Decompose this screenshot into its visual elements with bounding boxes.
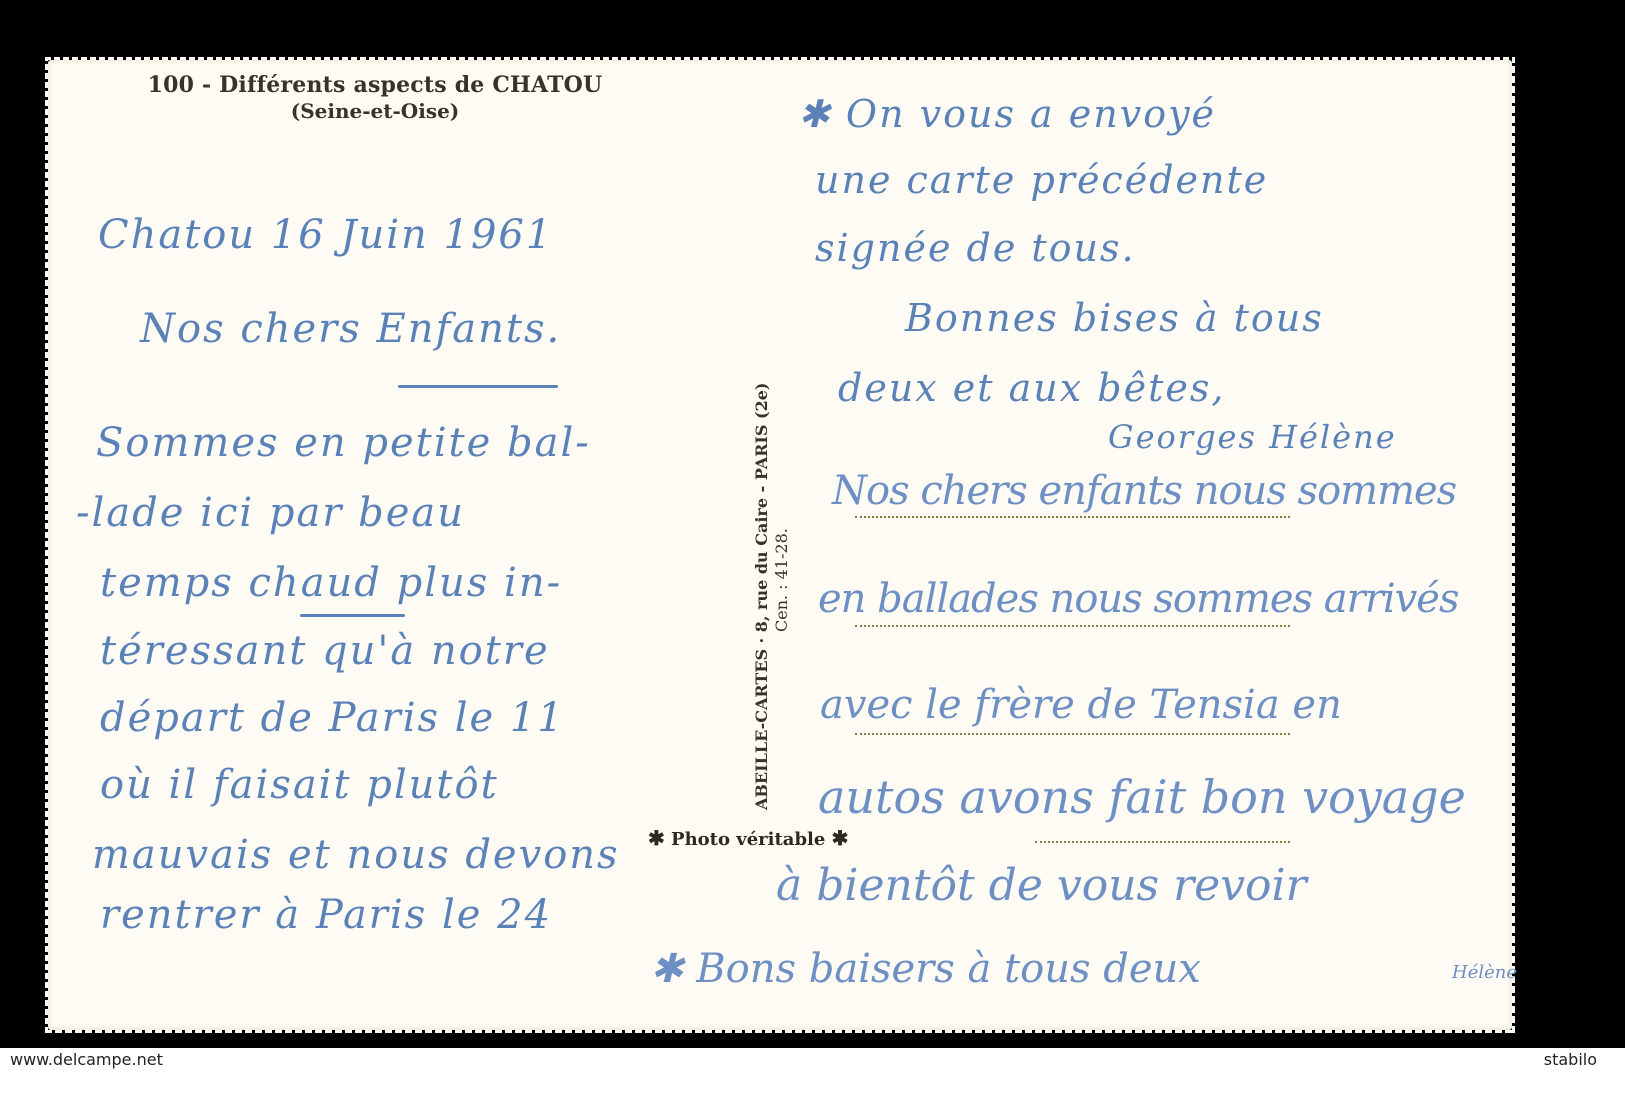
- handwritten-signature: Georges Hélène: [1108, 418, 1397, 456]
- caption-title: 100 - Différents aspects de CHATOU: [95, 72, 655, 98]
- handwritten-line: une carte précédente: [815, 158, 1268, 202]
- address-line-2: [855, 625, 1290, 627]
- handwritten-line: à bientôt de vous revoir: [776, 860, 1307, 911]
- handwritten-line: départ de Paris le 11: [100, 695, 565, 741]
- handwritten-line: Sommes en petite bal-: [96, 420, 591, 466]
- site-watermark[interactable]: www.delcampe.net: [10, 1050, 163, 1069]
- handwritten-line: téressant qu'à notre: [100, 628, 550, 674]
- caption-region: (Seine-et-Oise): [95, 98, 655, 124]
- handwritten-line: signée de tous.: [815, 226, 1136, 270]
- address-line-4: [1035, 841, 1290, 843]
- handwritten-line: Bonnes bises à tous: [905, 296, 1324, 340]
- photo-veritable-text: Photo véritable: [671, 829, 825, 850]
- handwritten-line: en ballades nous sommes arrivés: [818, 576, 1458, 622]
- handwritten-line: temps chaud plus in-: [100, 560, 562, 606]
- footer-bar: www.delcampe.net stabilo: [0, 1048, 1625, 1107]
- handwritten-line: autos avons fait bon voyage: [818, 770, 1466, 824]
- asterisk-icon: ✱: [832, 826, 849, 850]
- handwritten-signature: Hélène: [1452, 962, 1517, 983]
- handwritten-line: Nos chers Enfants.: [140, 306, 561, 352]
- handwritten-line: -lade ici par beau: [76, 490, 465, 536]
- handwritten-line: ✱ On vous a envoyé: [798, 92, 1216, 136]
- handwritten-line: Nos chers enfants nous sommes: [832, 468, 1456, 514]
- handwritten-line: Chatou 16 Juin 1961: [98, 212, 553, 258]
- address-line-1: [855, 516, 1290, 518]
- postcard-caption: 100 - Différents aspects de CHATOU (Sein…: [95, 72, 655, 124]
- handwritten-line: où il faisait plutôt: [100, 762, 499, 808]
- publisher-address: ABEILLE-CARTES · 8, rue du Caire - PARIS…: [752, 383, 772, 810]
- photo-veritable-label: ✱ Photo véritable ✱: [648, 826, 848, 850]
- handwritten-line: avec le frère de Tensia en: [820, 682, 1342, 728]
- handwritten-line: mauvais et nous devons: [92, 832, 620, 878]
- handwritten-line: ✱ Bons baisers à tous deux: [650, 946, 1201, 992]
- publisher-imprint: ABEILLE-CARTES · 8, rue du Caire - PARIS…: [752, 383, 792, 810]
- handwritten-line: rentrer à Paris le 24: [100, 892, 552, 938]
- handwritten-line: deux et aux bêtes,: [838, 366, 1225, 410]
- chaud-underline: [300, 614, 405, 617]
- address-line-3: [855, 733, 1290, 735]
- flourish-underline: [398, 385, 558, 388]
- seller-name[interactable]: stabilo: [1544, 1050, 1597, 1069]
- publisher-censorship-number: Cen. : 41-28.: [772, 383, 792, 810]
- asterisk-icon: ✱: [648, 826, 665, 850]
